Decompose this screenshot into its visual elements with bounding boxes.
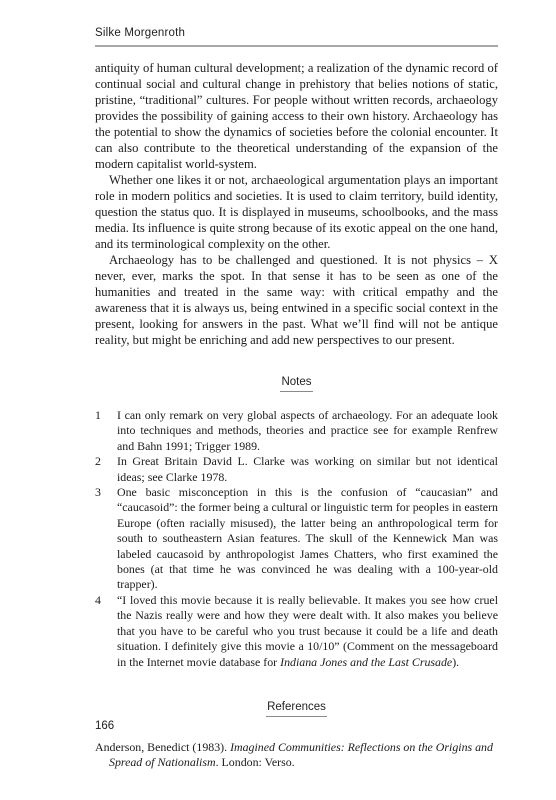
note-text: In Great Britain David L. Clarke was wor… — [117, 454, 498, 485]
author-name: Silke Morgenroth — [95, 27, 498, 39]
note-text: One basic misconception in this is the c… — [117, 485, 498, 593]
page-number: 166 — [95, 720, 114, 732]
notes-section: Notes — [95, 372, 498, 392]
note-text: “I loved this movie because it is really… — [117, 593, 498, 670]
paragraph: Whether one likes it or not, archaeologi… — [95, 172, 498, 252]
notes-heading: Notes — [280, 376, 312, 392]
document-page: Silke Morgenroth antiquity of human cult… — [0, 0, 556, 800]
references-section: References — [95, 697, 498, 717]
paragraph-continuation: antiquity of human cultural development;… — [95, 60, 498, 172]
note-text: I can only remark on very global aspects… — [117, 408, 498, 454]
movie-title-italic: Indiana Jones and the Last Crusade — [280, 655, 452, 669]
note-number: 1 — [95, 408, 117, 454]
note-item: 4 “I loved this movie because it is real… — [95, 593, 498, 670]
header-rule — [95, 45, 498, 47]
running-header: Silke Morgenroth — [95, 27, 498, 47]
note-item: 3 One basic misconception in this is the… — [95, 485, 498, 593]
paragraph: Archaeology has to be challenged and que… — [95, 252, 498, 348]
references-heading: References — [266, 701, 327, 717]
text-block: Silke Morgenroth antiquity of human cult… — [95, 0, 498, 771]
note-text-after: ). — [452, 655, 459, 669]
body-text: antiquity of human cultural development;… — [95, 60, 498, 348]
reference-entry: Anderson, Benedict (1983). Imagined Comm… — [95, 740, 498, 771]
reference-author-year: Anderson, Benedict (1983). — [95, 740, 230, 754]
note-number: 4 — [95, 593, 117, 670]
note-item: 2 In Great Britain David L. Clarke was w… — [95, 454, 498, 485]
note-number: 3 — [95, 485, 117, 593]
notes-list: 1 I can only remark on very global aspec… — [95, 408, 498, 670]
note-number: 2 — [95, 454, 117, 485]
reference-publisher: . London: Verso. — [216, 755, 295, 769]
note-item: 1 I can only remark on very global aspec… — [95, 408, 498, 454]
